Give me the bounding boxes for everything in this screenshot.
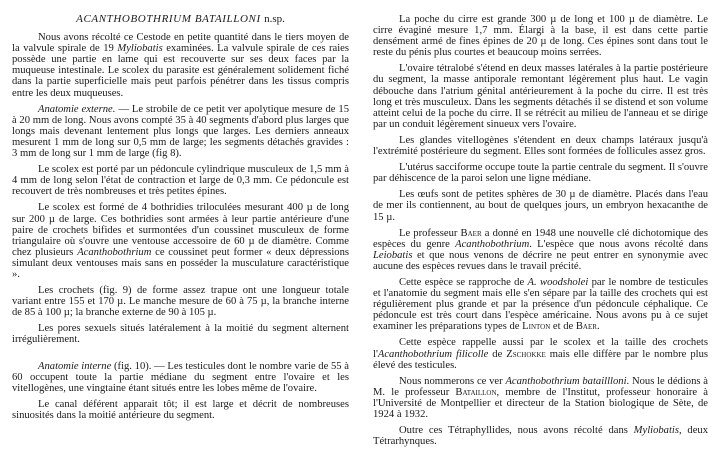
paragraph-ovaire: L'ovaire tétralobé s'étend en deux masse… [373,63,708,130]
paragraph-intro: Nous avons récolté ce Cestode en petite … [12,32,349,99]
section-gap [12,351,349,361]
section-heading: Anatomie externe. [38,104,115,115]
text: . [597,321,600,332]
paragraph-bothridies: Le scolex est formé de 4 bothridies tril… [12,202,349,280]
text: L'utérus sacciforme occupe toute la part… [373,162,708,184]
text: Les œufs sont de petites sphères de 30 µ… [373,189,708,222]
paragraph-anatomie-externe: Anatomie externe. — Le strobile de ce pe… [12,104,349,159]
author-name: Linton [522,321,550,332]
text: Outre ces Tétraphyllides, nous avons réc… [399,425,634,436]
text: Nous nommerons ce ver [399,376,505,387]
taxon-name: Acanthobothrium bataillloni [505,376,626,387]
taxon-name: Acanthobothrium [77,247,151,258]
author-name: Baer [461,228,482,239]
author-name: Zschokke [506,349,546,360]
taxon-name: Myliobatis [117,43,162,54]
text: L'ovaire tétralobé s'étend en deux masse… [373,63,708,129]
text: Le canal déférent apparait tôt; il est l… [12,399,349,421]
paragraph-pedoncule: Le scolex est porté par un pédoncule cyl… [12,164,349,197]
paragraph-uterus: L'utérus sacciforme occupe toute la part… [373,162,708,184]
taxon-name: Acanthobothrium filicolle [378,349,488,360]
text: Le scolex est porté par un pédoncule cyl… [12,164,349,197]
text: Le professeur [399,228,461,239]
new-species-label: n.sp. [264,13,285,25]
text: Les crochets (fig. 9) de forme assez tra… [12,285,349,318]
paragraph-tetrarhynques: Outre ces Tétraphyllides, nous avons réc… [373,425,708,447]
section-heading: Anatomie interne [38,361,111,372]
taxon-name: Myliobatis [634,425,679,436]
text: Cette espèce se rapproche de [399,277,528,288]
text: et que nous venons de décrire ne peut en… [373,250,708,272]
paragraph-pores-sexuels: Les pores sexuels situés latéralement à … [12,323,349,345]
text: et de [550,321,576,332]
left-column: ACANTHOBOTHRIUM BATAILLONI n.sp. Nous av… [12,0,349,426]
paragraph-dedication: Nous nommerons ce ver Acanthobothrium ba… [373,376,708,420]
paragraph-filicolle: Cette espèce rappelle aussi par le scole… [373,337,708,370]
paragraph-baer-key: Le professeur Baer a donné en 1948 une n… [373,228,708,272]
text: Les glandes vitellogènes s'étendent en d… [373,135,708,157]
paragraph-poche-cirre: La poche du cirre est grande 300 µ de lo… [373,14,708,58]
paragraph-canal-deferent: Le canal déférent apparait tôt; il est l… [12,399,349,421]
paragraph-vitellogenes: Les glandes vitellogènes s'étendent en d… [373,135,708,157]
text: de [488,349,506,360]
text: La poche du cirre est grande 300 µ de lo… [373,14,708,58]
text: Les pores sexuels situés latéralement à … [12,323,349,345]
species-name: ACANTHOBOTHRIUM BATAILLONI [76,13,261,25]
right-column: La poche du cirre est grande 300 µ de lo… [373,0,708,452]
document-page: ACANTHOBOTHRIUM BATAILLONI n.sp. Nous av… [0,0,720,474]
paragraph-anatomie-interne: Anatomie interne (fig. 10). — Les testic… [12,361,349,394]
paragraph-oeufs: Les œufs sont de petites sphères de 30 µ… [373,189,708,222]
taxon-name: Leiobatis [373,250,412,261]
author-name: Bataillon [455,387,496,398]
taxon-name: A. woodsholei [528,277,589,288]
species-title: ACANTHOBOTHRIUM BATAILLONI n.sp. [12,14,349,25]
text: . L'espèce que nous avons récolté dans [529,239,708,250]
paragraph-crochets: Les crochets (fig. 9) de forme assez tra… [12,285,349,318]
author-name: Baer [576,321,597,332]
taxon-name: Acanthobothrium [455,239,529,250]
paragraph-woodsholei: Cette espèce se rapproche de A. woodshol… [373,277,708,332]
